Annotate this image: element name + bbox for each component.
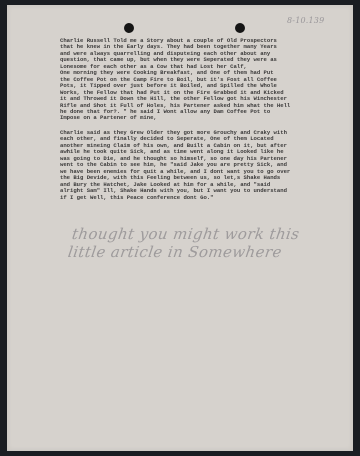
handwritten-note-line-2: little article in Somewhere: [67, 244, 339, 261]
typed-paragraph-1: Charlie Russell Told me a Story about a …: [60, 38, 345, 122]
archive-mark: 8-10.139: [287, 16, 324, 25]
typed-paragraph-2: Charlie said as they Grew Older they got…: [60, 130, 345, 201]
punch-hole-left: [124, 23, 134, 33]
typed-line: if I get Well, this Peace conference don…: [60, 195, 345, 201]
punch-hole-right: [235, 23, 245, 33]
typed-line: Impose on a Partener of mine,: [60, 115, 345, 121]
handwritten-note-line-1: thought you might work this: [71, 226, 343, 243]
